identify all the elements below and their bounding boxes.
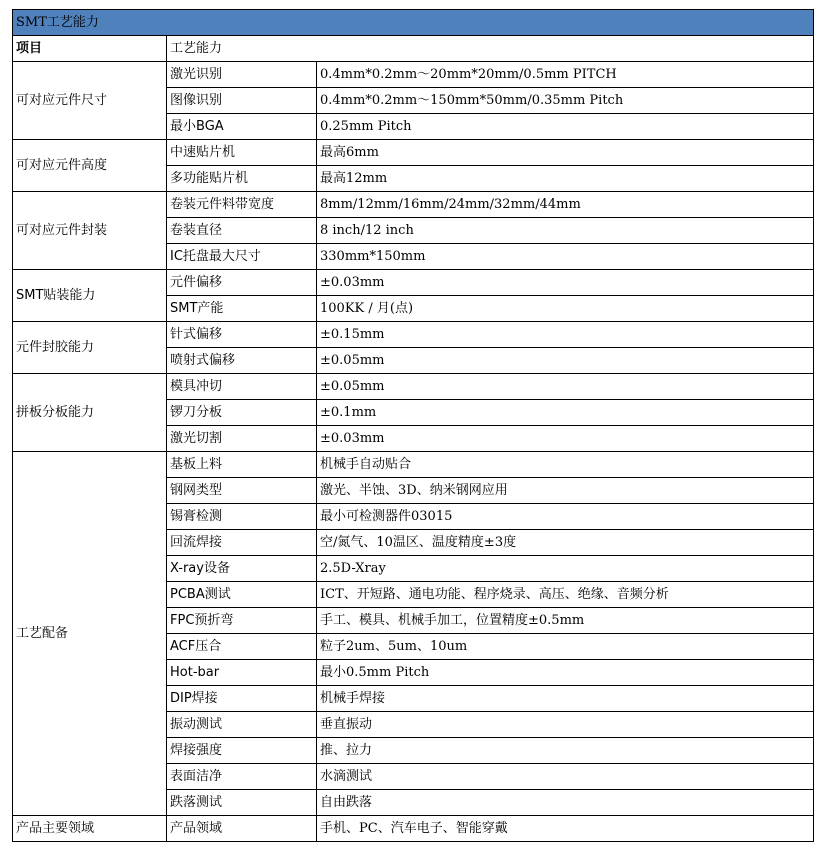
capability-value: 推、拉力 [317, 738, 814, 764]
capability-value: 空/氮气、10温区、温度精度±3度 [317, 530, 814, 556]
header-item: 项目 [13, 36, 167, 62]
table-row: SMT贴装能力元件偏移±0.03mm [13, 270, 814, 296]
group-label: 元件封胶能力 [13, 322, 167, 374]
capability-value: 最高6mm [317, 140, 814, 166]
capability-value: 最高12mm [317, 166, 814, 192]
title-row: SMT工艺能力 [13, 10, 814, 36]
table-row: 元件封胶能力针式偏移±0.15mm [13, 322, 814, 348]
group-label: 可对应元件封装 [13, 192, 167, 270]
capability-value: 0.4mm*0.2mm～150mm*50mm/0.35mm Pitch [317, 88, 814, 114]
sub-item: PCBA测试 [167, 582, 317, 608]
sub-item: 元件偏移 [167, 270, 317, 296]
sub-item: 激光切割 [167, 426, 317, 452]
capability-value: ±0.03mm [317, 270, 814, 296]
table-row: 可对应元件高度中速贴片机最高6mm [13, 140, 814, 166]
header-capability: 工艺能力 [167, 36, 814, 62]
sub-item: 基板上料 [167, 452, 317, 478]
capability-value: 水滴测试 [317, 764, 814, 790]
sub-item: DIP焊接 [167, 686, 317, 712]
sub-item: 图像识别 [167, 88, 317, 114]
group-label: SMT贴装能力 [13, 270, 167, 322]
capability-value: ±0.05mm [317, 374, 814, 400]
sub-item: 多功能贴片机 [167, 166, 317, 192]
sub-item: 激光识别 [167, 62, 317, 88]
sub-item: Hot-bar [167, 660, 317, 686]
capability-value: 粒子2um、5um、10um [317, 634, 814, 660]
sub-item: 喷射式偏移 [167, 348, 317, 374]
table-body: 可对应元件尺寸激光识别0.4mm*0.2mm～20mm*20mm/0.5mm P… [13, 62, 814, 842]
capability-value: 垂直振动 [317, 712, 814, 738]
sub-item: 最小BGA [167, 114, 317, 140]
sub-item: 卷装直径 [167, 218, 317, 244]
table-title: SMT工艺能力 [13, 10, 814, 36]
sub-item: 产品领域 [167, 816, 317, 842]
capability-value: 0.25mm Pitch [317, 114, 814, 140]
sub-item: 针式偏移 [167, 322, 317, 348]
group-label: 拼板分板能力 [13, 374, 167, 452]
smt-capability-table: SMT工艺能力 项目 工艺能力 可对应元件尺寸激光识别0.4mm*0.2mm～2… [12, 9, 814, 842]
capability-value: ±0.1mm [317, 400, 814, 426]
capability-value: 2.5D-Xray [317, 556, 814, 582]
table-row: 拼板分板能力模具冲切±0.05mm [13, 374, 814, 400]
capability-value: 8mm/12mm/16mm/24mm/32mm/44mm [317, 192, 814, 218]
capability-value: 机械手自动贴合 [317, 452, 814, 478]
table-row: 工艺配备基板上料机械手自动贴合 [13, 452, 814, 478]
sub-item: 卷装元件料带宽度 [167, 192, 317, 218]
table-row: 可对应元件封装卷装元件料带宽度8mm/12mm/16mm/24mm/32mm/4… [13, 192, 814, 218]
group-label: 工艺配备 [13, 452, 167, 816]
capability-value: 手机、PC、汽车电子、智能穿戴 [317, 816, 814, 842]
capability-value: 手工、模具、机械手加工，位置精度±0.5mm [317, 608, 814, 634]
capability-value: ±0.03mm [317, 426, 814, 452]
capability-value: 最小0.5mm Pitch [317, 660, 814, 686]
capability-value: 最小可检测器件03015 [317, 504, 814, 530]
sub-item: 模具冲切 [167, 374, 317, 400]
sub-item: 中速贴片机 [167, 140, 317, 166]
sub-item: 锣刀分板 [167, 400, 317, 426]
sub-item: FPC预折弯 [167, 608, 317, 634]
capability-value: 8 inch/12 inch [317, 218, 814, 244]
group-label: 产品主要领域 [13, 816, 167, 842]
capability-value: 激光、半蚀、3D、纳米钢网应用 [317, 478, 814, 504]
sub-item: 锡膏检测 [167, 504, 317, 530]
group-label: 可对应元件尺寸 [13, 62, 167, 140]
table-row: 产品主要领域产品领域手机、PC、汽车电子、智能穿戴 [13, 816, 814, 842]
table-row: 可对应元件尺寸激光识别0.4mm*0.2mm～20mm*20mm/0.5mm P… [13, 62, 814, 88]
sub-item: SMT产能 [167, 296, 317, 322]
group-label: 可对应元件高度 [13, 140, 167, 192]
capability-value: 机械手焊接 [317, 686, 814, 712]
capability-value: 330mm*150mm [317, 244, 814, 270]
capability-value: ICT、开短路、通电功能、程序烧录、高压、绝缘、音频分析 [317, 582, 814, 608]
capability-value: ±0.05mm [317, 348, 814, 374]
capability-value: 0.4mm*0.2mm～20mm*20mm/0.5mm PITCH [317, 62, 814, 88]
sub-item: 焊接强度 [167, 738, 317, 764]
sub-item: IC托盘最大尺寸 [167, 244, 317, 270]
sub-item: 回流焊接 [167, 530, 317, 556]
sub-item: 钢网类型 [167, 478, 317, 504]
header-row: 项目 工艺能力 [13, 36, 814, 62]
sub-item: 振动测试 [167, 712, 317, 738]
capability-value: 自由跌落 [317, 790, 814, 816]
sub-item: ACF压合 [167, 634, 317, 660]
sub-item: 表面洁净 [167, 764, 317, 790]
capability-value: 100KK / 月(点) [317, 296, 814, 322]
capability-value: ±0.15mm [317, 322, 814, 348]
sub-item: X-ray设备 [167, 556, 317, 582]
sub-item: 跌落测试 [167, 790, 317, 816]
